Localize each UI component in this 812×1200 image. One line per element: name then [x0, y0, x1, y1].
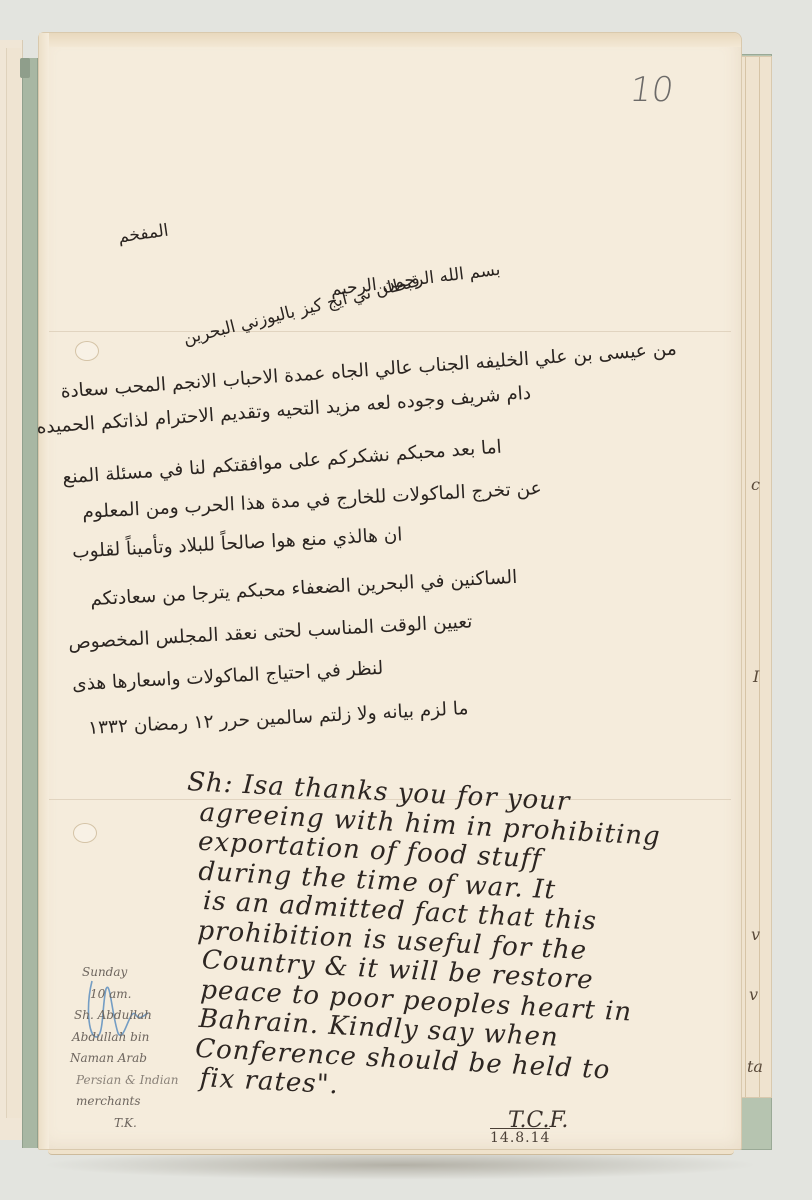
- margin-note-line: Abdullah bin: [70, 1027, 190, 1049]
- margin-note-line: merchants: [70, 1091, 190, 1113]
- page-left-edge: [39, 33, 49, 1149]
- right-edge-fragment: v: [749, 985, 758, 1004]
- right-edge-fragment: ta: [747, 1057, 763, 1076]
- right-edge-fragment: v: [751, 925, 760, 944]
- margin-note-line: Sunday: [70, 962, 190, 984]
- right-edge-fragment: c: [751, 475, 760, 494]
- margin-note-line: Sh. Abdullah: [70, 1005, 190, 1027]
- margin-note-line: Persian & Indian: [70, 1070, 190, 1092]
- scan-scene: c I v v ta 10 المفخم بسم الله الرحمن الر…: [0, 0, 812, 1200]
- punch-hole: [75, 341, 99, 361]
- pencil-margin-note: Sunday 10 am. Sh. Abdullah Abdullah bin …: [70, 962, 190, 1134]
- punch-hole: [73, 823, 97, 843]
- margin-note-line: T.K.: [70, 1113, 190, 1135]
- page-top-edge: [39, 33, 741, 47]
- english-translation: Sh: Isa thanks you for your agreeing wit…: [171, 768, 707, 1119]
- margin-note-line: 10 am.: [70, 984, 190, 1006]
- fold-line: [49, 331, 731, 332]
- folio-number: 10: [627, 70, 676, 110]
- right-edge-fragment: I: [753, 667, 759, 686]
- initials-date: 14.8.14: [490, 1128, 550, 1146]
- left-adjacent-page: [0, 40, 23, 1140]
- binding-tab: [20, 58, 30, 78]
- left-binding-spine: [22, 58, 38, 1148]
- margin-note-line: Naman Arab: [70, 1048, 190, 1070]
